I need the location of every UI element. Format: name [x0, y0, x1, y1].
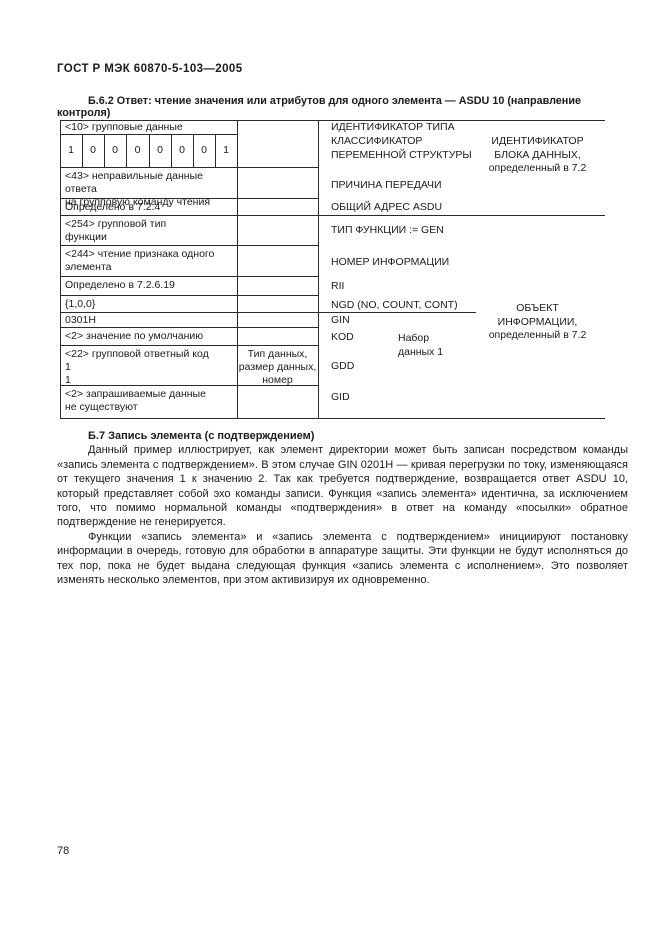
bit-cell: 0 [193, 134, 215, 167]
field-label-kod: KOD [331, 331, 354, 345]
cell-gin: 0301H [65, 314, 233, 327]
cell-function-type: <254> групповой тип функции [65, 218, 233, 244]
field-label-cause-of-transmission: ПРИЧИНА ПЕРЕДАЧИ [331, 179, 442, 193]
field-label-information-number: НОМЕР ИНФОРМАЦИИ [331, 256, 449, 270]
bracket-information-object: ОБЪЕКТ ИНФОРМАЦИИ, определенный в 7.2 [470, 302, 605, 343]
table-rule-r9 [60, 327, 319, 328]
table-rule-r5 [60, 245, 319, 246]
field-label-gin: GIN [331, 314, 350, 328]
cell-gdd-datatype: Тип данных, размер данных, номер [238, 348, 317, 387]
cell-gdd: <22> групповой ответный код 1 1 [65, 348, 233, 387]
bit-cell: 0 [82, 134, 104, 167]
bit-cell: 0 [171, 134, 193, 167]
bit-cell: 0 [126, 134, 149, 167]
page-number: 78 [57, 845, 69, 857]
table-rule-r2 [60, 167, 319, 168]
field-label-ngd: NGD (NO, COUNT, CONT) [331, 299, 458, 313]
table-rule-r6 [60, 276, 319, 277]
cell-rii: Определено в 7.2.6.19 [65, 279, 233, 292]
section-b7-title: Б.7 Запись элемента (с подтверждением) [57, 429, 628, 443]
field-label-common-address: ОБЩИЙ АДРЕС ASDU [331, 201, 442, 215]
field-label-type-identifier: ИДЕНТИФИКАТОР ТИПА [331, 121, 455, 133]
section-b62-title: Б.6.2 Ответ: чтение значения или атрибут… [57, 95, 629, 119]
cell-gid: <2> запрашиваемые данные не существуют [65, 388, 233, 414]
cell-ngd: {1,0,0} [65, 298, 233, 311]
field-label-rii: RII [331, 280, 344, 294]
table-border-right [318, 120, 319, 419]
cell-information-number: <244> чтение признака одного элемента [65, 248, 233, 274]
bit-cell: 1 [60, 134, 82, 167]
field-label-function-type: ТИП ФУНКЦИИ := GEN [331, 224, 444, 238]
cell-common-address: Определено в 7.2.4 [65, 201, 233, 214]
bit-cell: 0 [104, 134, 126, 167]
bit-cell: 0 [149, 134, 171, 167]
document-page: ГОСТ Р МЭК 60870-5-103—2005 Б.6.2 Ответ:… [0, 0, 661, 936]
cell-kod: <2> значение по умолчанию [65, 330, 233, 343]
cell-type-id: <10> групповые данные [65, 121, 233, 133]
field-label-variable-structure: КЛАССИФИКАТОР ПЕРЕМЕННОЙ СТРУКТУРЫ [331, 135, 472, 162]
document-header: ГОСТ Р МЭК 60870-5-103—2005 [57, 63, 243, 75]
section-b7-paragraph-2: Функции «запись элемента» и «запись элем… [57, 530, 628, 588]
bracket-data-unit-identifier: ИДЕНТИФИКАТОР БЛОКА ДАННЫХ, определенный… [470, 135, 605, 176]
bit-cell: 1 [215, 134, 237, 167]
field-label-gid: GID [331, 391, 350, 405]
table-rule-bottom [60, 418, 605, 419]
table-rule-r10 [60, 345, 319, 346]
field-label-gdd: GDD [331, 360, 354, 374]
table-rule-r7 [60, 295, 319, 296]
dataset-1-label: Набор данных 1 [398, 331, 443, 359]
section-b7: Б.7 Запись элемента (с подтверждением) Д… [57, 429, 628, 587]
section-b7-paragraph-1: Данный пример иллюстрирует, как элемент … [57, 443, 628, 529]
table-rule-r4-extended [60, 215, 605, 216]
asdu-table: <10> групповые данные 1 0 0 0 0 0 0 1 <4… [60, 120, 606, 419]
